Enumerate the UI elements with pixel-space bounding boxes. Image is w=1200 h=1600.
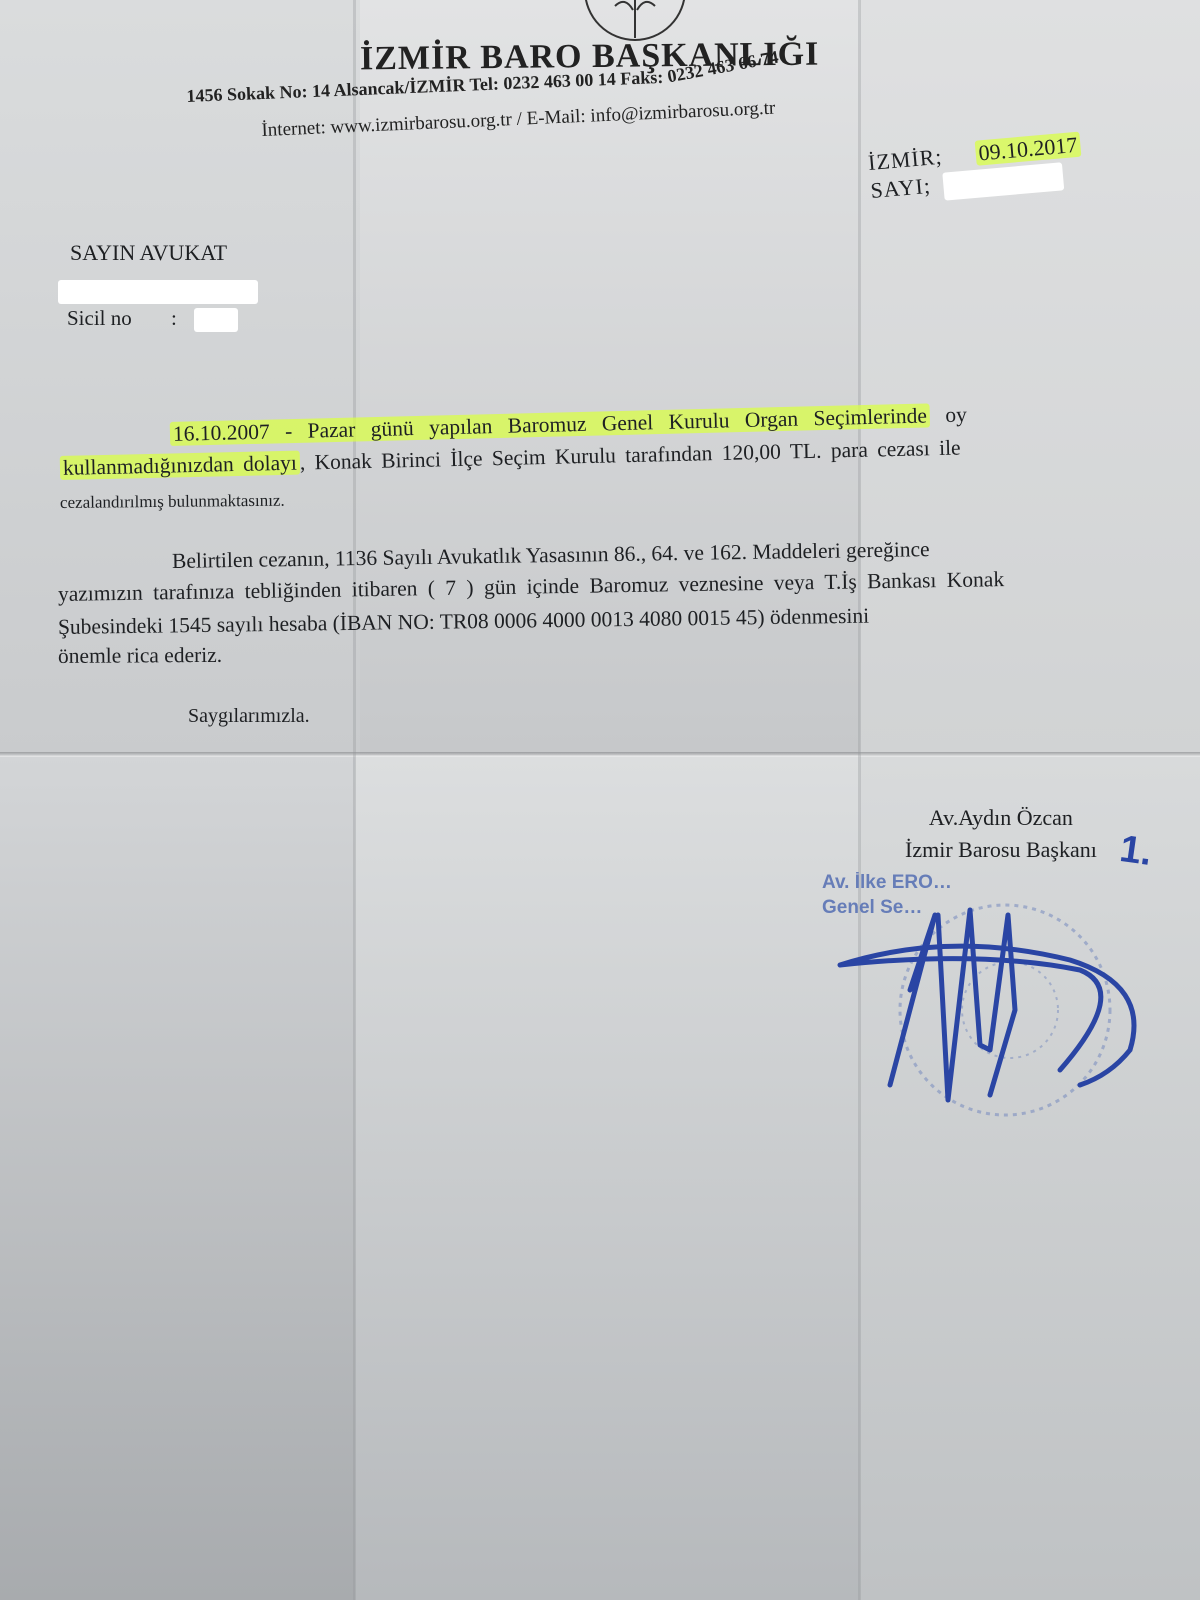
recipient-block: SAYIN AVUKAT [70, 240, 227, 274]
body-line: önemle rica ederiz. [58, 639, 222, 673]
paper-panel [0, 755, 355, 1600]
highlighted-text: kullanmadığınızdan dolayı [60, 451, 300, 480]
vertical-fold-line [353, 0, 356, 1600]
registry-label: Sicil no [67, 306, 132, 330]
redacted-name [58, 280, 258, 304]
vertical-fold-line [858, 0, 861, 1600]
closing: Saygılarımızla. [188, 700, 310, 733]
paper-panel [355, 755, 860, 1600]
horizontal-fold-line [0, 752, 1200, 757]
registry-row: Sicil no : [67, 306, 238, 332]
signer-name: Av.Aydın Özcan [905, 802, 1097, 834]
body-text: oy [930, 403, 967, 428]
paper-panel [860, 0, 1200, 755]
registry-separator: : [171, 306, 177, 330]
signature-icon [830, 870, 1160, 1130]
number-label: SAYI; [869, 173, 931, 203]
salutation: SAYIN AVUKAT [70, 240, 227, 274]
body-line: cezalandırılmış bulunmaktasınız. [60, 484, 285, 519]
redacted-registry [194, 308, 238, 332]
signer-title: İzmir Barosu Başkanı [905, 834, 1097, 866]
signer-block: Av.Aydın Özcan İzmir Barosu Başkanı [905, 802, 1097, 866]
handwritten-mark: 1. [1117, 828, 1154, 875]
bar-association-seal-icon [580, 0, 690, 42]
place-label: İZMİR; [867, 144, 943, 175]
